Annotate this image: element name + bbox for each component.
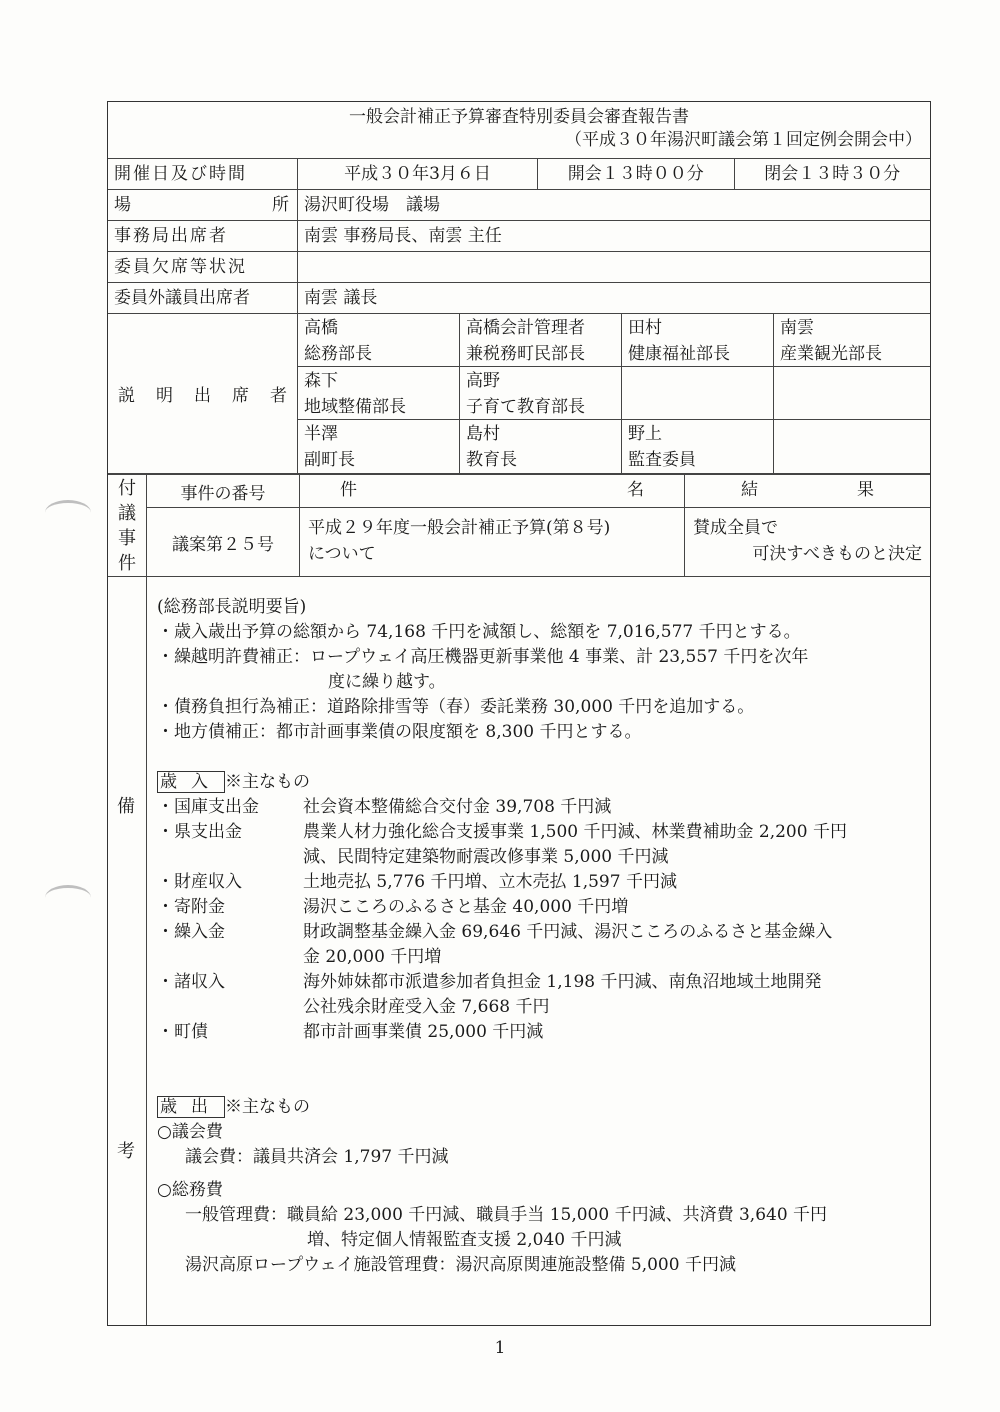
explainer-cell: 南雲産業観光部長 — [774, 314, 930, 367]
absence-label: 委員欠席等状況 — [108, 252, 298, 282]
expenditure-detail: 増、特定個人情報監査支援 2,040 千円減 — [157, 1228, 920, 1253]
note-bullet-cont: 度に繰り越す。 — [157, 670, 920, 695]
header-number: 事件の番号 — [147, 475, 300, 507]
expenditure-detail: 一般管理費：職員給 23,000 千円減、職員手当 15,000 千円減、共済費… — [157, 1203, 920, 1228]
label-char: 出 — [194, 381, 211, 406]
expenditure-section-title: ○総務費 — [157, 1178, 920, 1203]
expenditure-detail: 議会費：議員共済会 1,797 千円減 — [157, 1145, 920, 1170]
absence-row: 委員欠席等状況 — [108, 252, 930, 283]
expenditure-detail: 湯沢高原ロープウェイ施設管理費：湯沢高原関連施設整備 5,000 千円減 — [157, 1253, 920, 1278]
revenue-label: ・諸収入 — [157, 970, 303, 1020]
label-char: 者 — [270, 381, 287, 406]
note-bullet: ・繰越明許費補正：ロープウェイ高圧機器更新事業他 4 事業、計 23,557 千… — [157, 645, 920, 670]
label-char: 明 — [156, 381, 173, 406]
explainer-cell: 高橋総務部長 — [298, 314, 460, 367]
page-number: 1 — [0, 1338, 1000, 1358]
revenue-detail: 社会資本整備総合交付金 39,708 千円減 — [303, 795, 920, 820]
agenda-number: 議案第２５号 — [147, 508, 300, 576]
revenue-list: ・国庫支出金社会資本整備総合交付金 39,708 千円減 ・県支出金農業人材力強… — [157, 795, 920, 1045]
revenue-label: ・財産収入 — [157, 870, 303, 895]
place-label: 場 所 — [108, 190, 298, 220]
agenda-table: 事件の番号 件名 結果 議案第２５号 平成２９年度一般会計補正予算(第８号)につ… — [147, 475, 930, 576]
non-member-row: 委員外議員出席者 南雲 議長 — [108, 283, 930, 314]
punch-hole-top — [45, 500, 91, 525]
place-label-right: 所 — [272, 192, 291, 218]
non-member-label: 委員外議員出席者 — [108, 283, 298, 313]
page-subtitle: （平成３０年湯沢町議会第１回定例会開会中） — [116, 128, 922, 152]
note-bullet: ・歳入歳出予算の総額から 74,168 千円を減額し、総額を 7,016,577… — [157, 620, 920, 645]
explainer-cell: 高野子育て教育部長 — [460, 367, 622, 420]
explainer-cell: 野上監査委員 — [622, 420, 774, 473]
revenue-note: ※主なもの — [225, 772, 310, 792]
revenue-label: ・寄附金 — [157, 895, 303, 920]
note-bullet: ・地方債補正：都市計画事業債の限度額を 8,300 千円とする。 — [157, 720, 920, 745]
explainer-cell: 田村健康福祉部長 — [622, 314, 774, 367]
agenda-section: 付 議 事 件 事件の番号 件名 結果 議案第２５号 平成２９年度一般会計補正予… — [108, 474, 930, 577]
report-sheet: 一般会計補正予算審査特別委員会審査報告書 （平成３０年湯沢町議会第１回定例会開会… — [107, 101, 931, 1326]
agenda-header: 事件の番号 件名 結果 — [147, 475, 930, 508]
title-block: 一般会計補正予算審査特別委員会審査報告書 （平成３０年湯沢町議会第１回定例会開会… — [108, 102, 930, 159]
meeting-open: 開会１３時００分 — [538, 159, 735, 189]
place-label-left: 場 — [114, 192, 133, 218]
label-char: 席 — [232, 381, 249, 406]
note-bullet: ・債務負担行為補正：道路除排雪等（春）委託業務 30,000 千円を追加する。 — [157, 695, 920, 720]
agenda-result: 賛成全員で可決すべきものと決定 — [685, 508, 930, 576]
revenue-heading-line: 歳入※主なもの — [157, 770, 920, 795]
explainer-cell-empty — [774, 420, 930, 473]
agenda-side-label: 付 議 事 件 — [108, 475, 147, 576]
revenue-heading: 歳入 — [157, 771, 225, 793]
punch-hole-bottom — [45, 885, 91, 910]
non-member-value: 南雲 議長 — [298, 283, 383, 313]
expenditure-note: ※主なもの — [225, 1097, 310, 1117]
revenue-label: ・繰入金 — [157, 920, 303, 970]
secretariat-value: 南雲 事務局長、南雲 主任 — [298, 221, 508, 251]
place-value: 湯沢町役場 議場 — [298, 190, 446, 220]
revenue-label: ・県支出金 — [157, 820, 303, 870]
revenue-label: ・町債 — [157, 1020, 303, 1045]
explainer-cell-empty — [774, 367, 930, 420]
revenue-label: ・国庫支出金 — [157, 795, 303, 820]
explainers-grid: 高橋総務部長 高橋会計管理者兼税務町民部長 田村健康福祉部長 南雲産業観光部長 … — [298, 314, 930, 473]
explainer-cell: 森下地域整備部長 — [298, 367, 460, 420]
notes-section: 備 考 (総務部長説明要旨) ・歳入歳出予算の総額から 74,168 千円を減額… — [108, 577, 930, 1325]
explainer-cell: 島村教育長 — [460, 420, 622, 473]
explainers-label: 説 明 出 席 者 — [108, 314, 298, 473]
notes-intro: (総務部長説明要旨) — [157, 595, 920, 620]
page-title: 一般会計補正予算審査特別委員会審査報告書 — [116, 106, 922, 128]
header-name: 件名 — [300, 475, 685, 507]
explainer-cell: 高橋会計管理者兼税務町民部長 — [460, 314, 622, 367]
agenda-name: 平成２９年度一般会計補正予算(第８号)について — [300, 508, 685, 576]
label-char: 説 — [118, 381, 135, 406]
notes-side-label: 備 考 — [108, 577, 147, 1325]
notes-body: (総務部長説明要旨) ・歳入歳出予算の総額から 74,168 千円を減額し、総額… — [147, 577, 930, 1325]
meeting-row: 開催日及び時間 平成３０年3月６日 開会１３時００分 閉会１３時３０分 — [108, 159, 930, 190]
secretariat-label: 事務局出席者 — [108, 221, 298, 251]
expenditure-heading-line: 歳出※主なもの — [157, 1095, 920, 1120]
absence-value — [298, 252, 310, 282]
meeting-close: 閉会１３時３０分 — [735, 159, 931, 189]
expenditure-section-title: ○議会費 — [157, 1120, 920, 1145]
expenditure-heading: 歳出 — [157, 1096, 225, 1118]
explainer-cell-empty — [622, 367, 774, 420]
meeting-date: 平成３０年3月６日 — [298, 159, 538, 189]
meeting-label: 開催日及び時間 — [108, 159, 298, 189]
place-row: 場 所 湯沢町役場 議場 — [108, 190, 930, 221]
secretariat-row: 事務局出席者 南雲 事務局長、南雲 主任 — [108, 221, 930, 252]
table-row: 議案第２５号 平成２９年度一般会計補正予算(第８号)について 賛成全員で可決すべ… — [147, 508, 930, 576]
header-result: 結果 — [685, 475, 930, 507]
explainer-cell: 半澤副町長 — [298, 420, 460, 473]
explainers-row: 説 明 出 席 者 高橋総務部長 高橋会計管理者兼税務町民部長 田村健康福祉部長… — [108, 314, 930, 474]
